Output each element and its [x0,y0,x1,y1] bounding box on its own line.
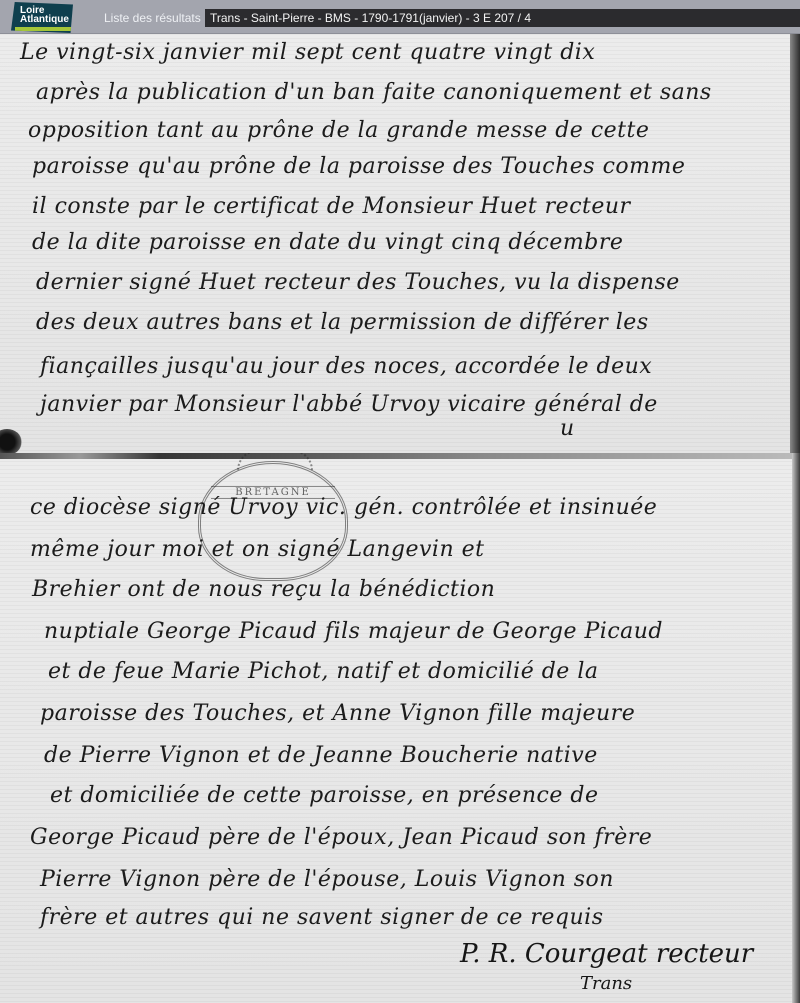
top-bar: Loire Atlantique Liste des résultats : T… [0,0,800,34]
tax-stamp: BRETAGNE [198,461,348,581]
page-binding-edge [790,34,800,453]
handwriting-line: George Picaud père de l'époux, Jean Pica… [30,825,652,850]
handwriting-line: paroisse qu'au prône de la paroisse des … [32,154,685,179]
ink-blot [0,429,22,453]
page-seam [0,453,800,459]
handwriting-line: Brehier ont de nous reçu la bénédiction [32,577,495,602]
loire-atlantique-logo[interactable]: Loire Atlantique [11,2,73,33]
handwriting-line: même jour moi et on signé Langevin et [30,537,484,562]
handwriting-line: de Pierre Vignon et de Jeanne Boucherie … [44,743,598,768]
handwriting-line: opposition tant au prône de la grande me… [28,118,649,143]
document-title: Trans - Saint-Pierre - BMS - 1790-1791(j… [205,9,800,27]
crown-icon [237,453,313,470]
handwriting-line: fiançailles jusqu'au jour des noces, acc… [40,354,652,379]
document-viewer[interactable]: Le vingt-six janvier mil sept cent quatr… [0,34,800,1003]
logo-accent-bar [15,27,71,31]
handwriting-line: il conste par le certificat de Monsieur … [32,194,631,219]
register-page-bottom: BRETAGNE ce diocèse signé Urvoy vic. gén… [0,453,800,1003]
handwriting-line: paroisse des Touches, et Anne Vignon fil… [40,701,635,726]
handwriting-line: Le vingt-six janvier mil sept cent quatr… [20,40,595,65]
rector-signature: P. R. Courgeat recteur [460,939,753,969]
handwriting-line: janvier par Monsieur l'abbé Urvoy vicair… [40,392,658,417]
signature-place: Trans [580,973,632,994]
register-page-top: Le vingt-six janvier mil sept cent quatr… [0,34,800,453]
handwriting-line: Pierre Vignon père de l'épouse, Louis Vi… [40,867,614,892]
handwriting-line: et domiciliée de cette paroisse, en prés… [50,783,598,808]
margin-mark: u [560,416,575,441]
handwriting-line: ce diocèse signé Urvoy vic. gén. contrôl… [30,495,657,520]
logo-line-2: Atlantique [20,15,73,24]
handwriting-line: dernier signé Huet recteur des Touches, … [36,270,680,295]
handwriting-line: après la publication d'un ban faite cano… [36,80,712,105]
handwriting-line: et de feue Marie Pichot, natif et domici… [48,659,598,684]
handwriting-line: de la dite paroisse en date du vingt cin… [32,230,623,255]
handwriting-line: des deux autres bans et la permission de… [36,310,649,335]
page-binding-edge [792,453,800,1003]
handwriting-line: frère et autres qui ne savent signer de … [40,905,603,930]
results-list-link[interactable]: Liste des résultats : [104,9,207,27]
handwriting-line: nuptiale George Picaud fils majeur de Ge… [44,619,663,644]
